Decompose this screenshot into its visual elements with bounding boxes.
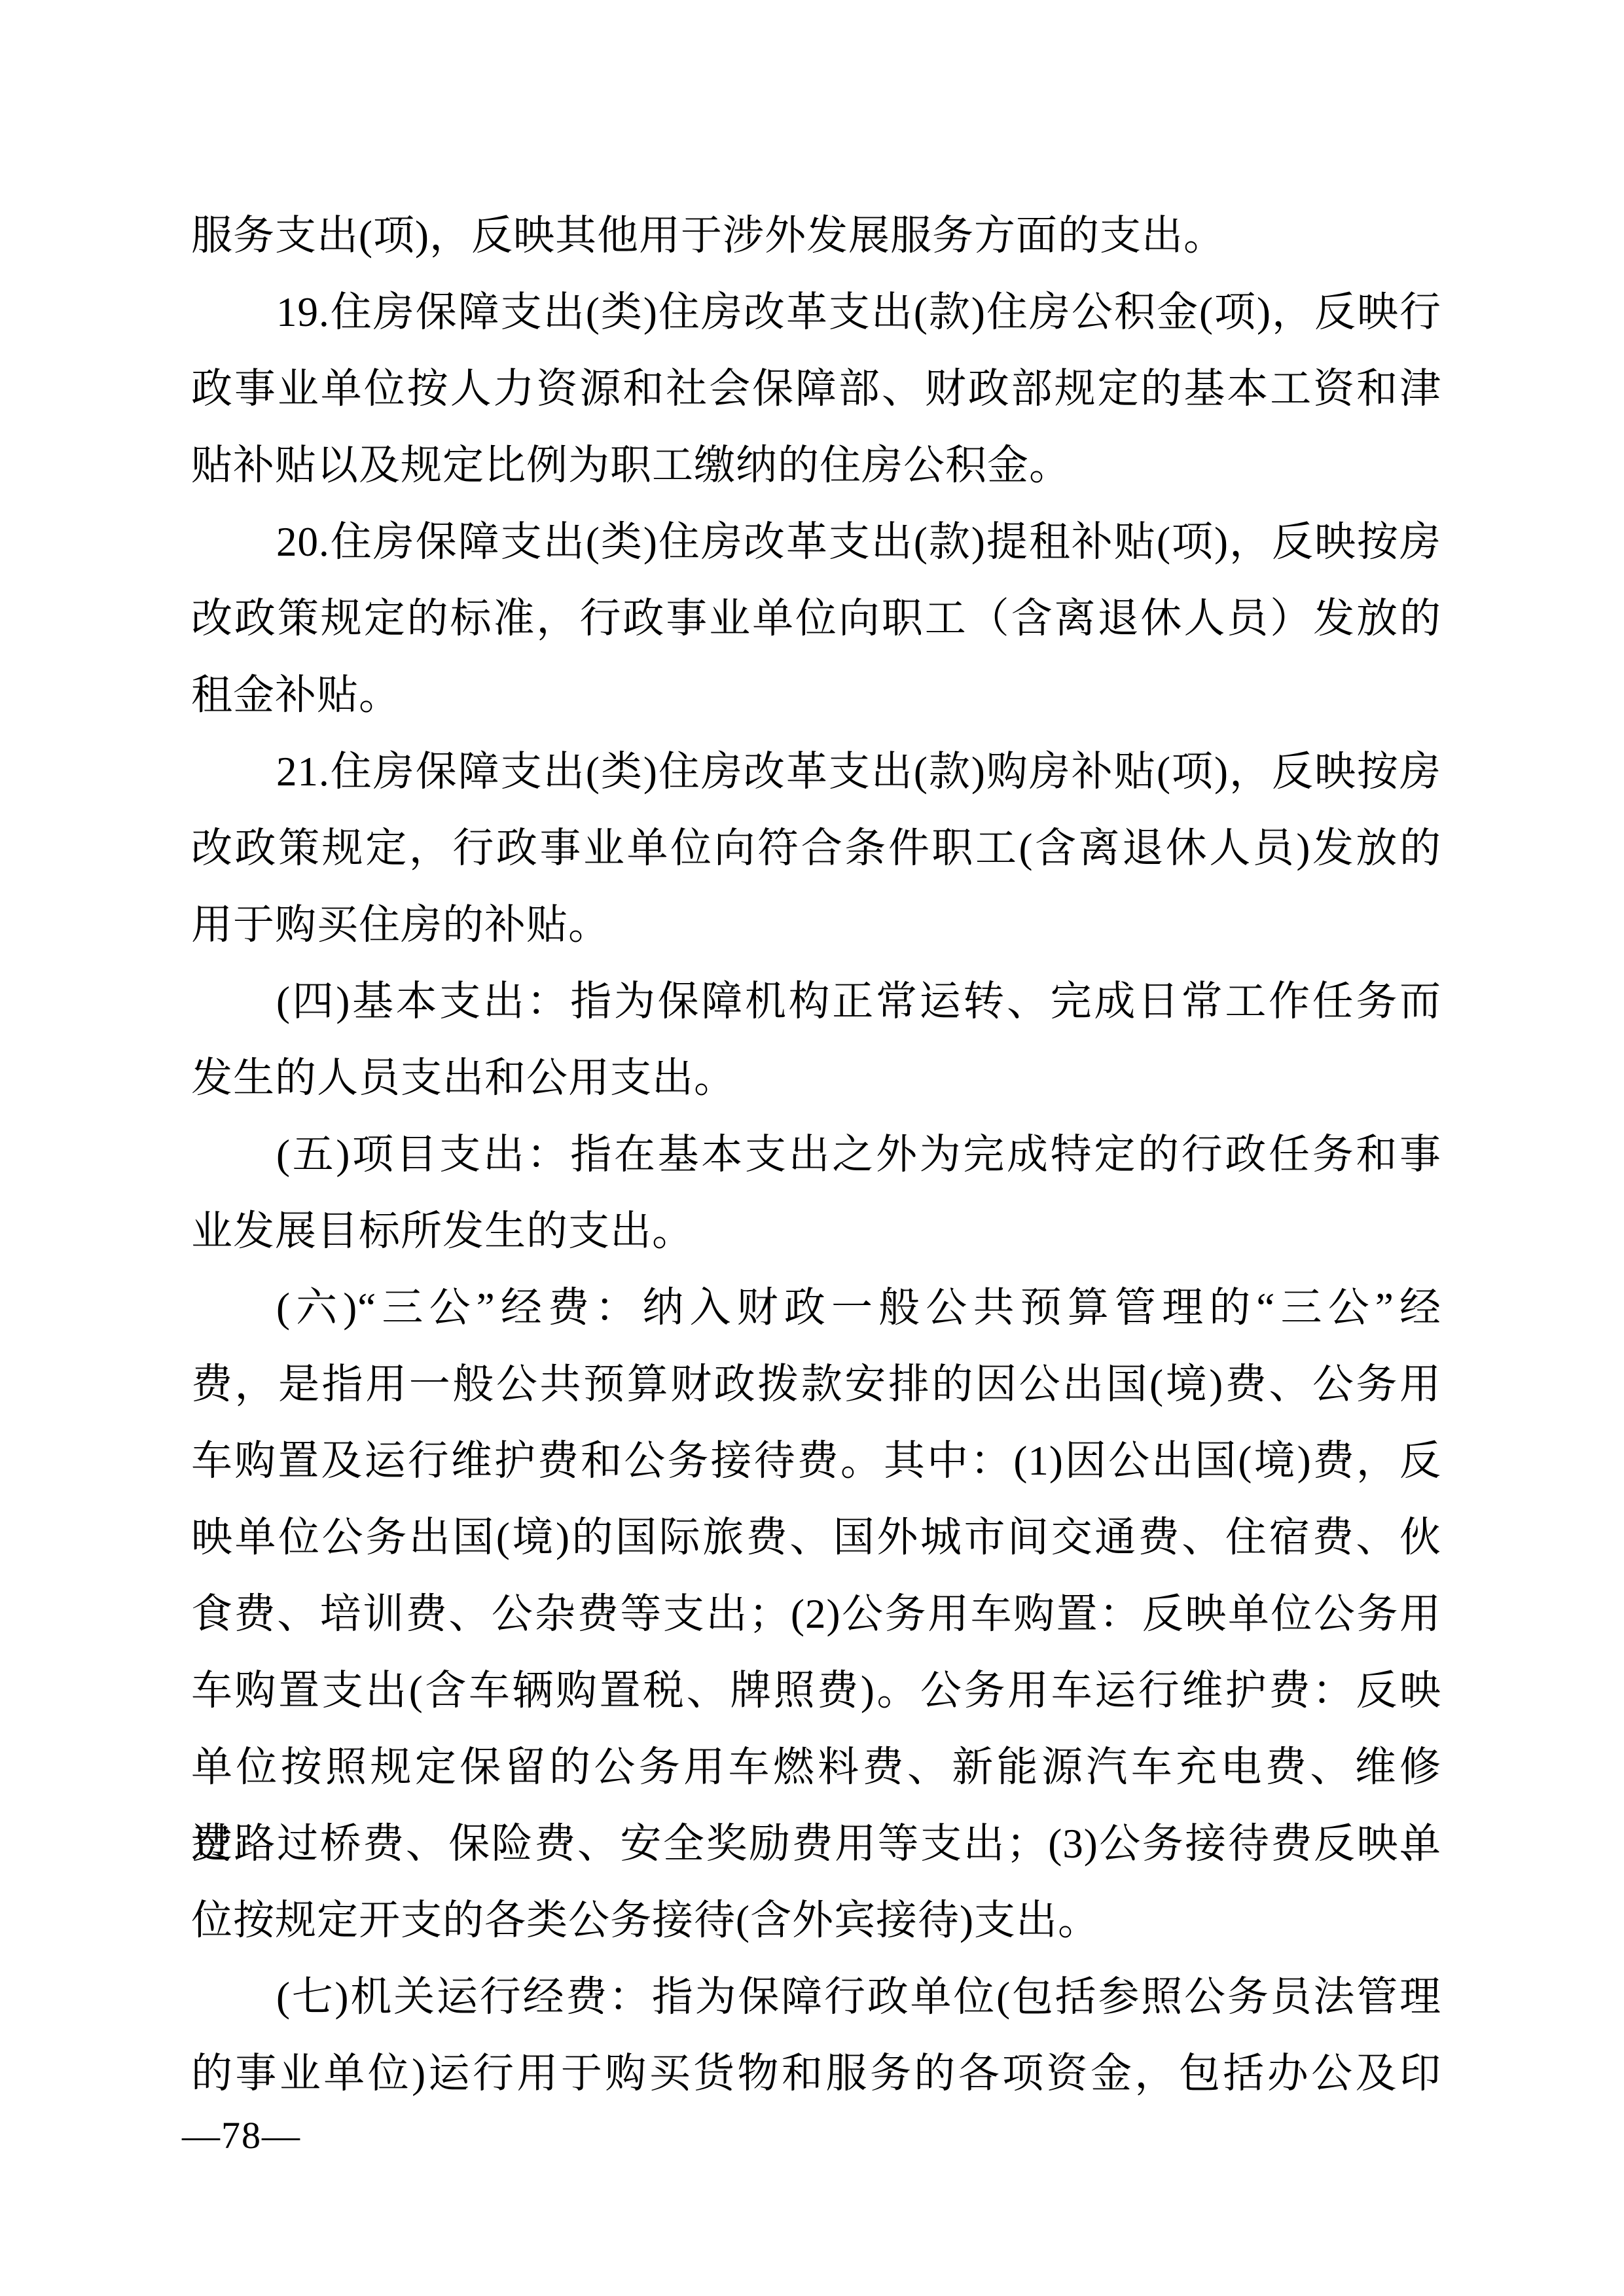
text-line: 车购置及运行维护费和公务接待费。其中：(1)因公出国(境)费，反 — [191, 1423, 1441, 1499]
text-line: 贴补贴以及规定比例为职工缴纳的住房公积金。 — [191, 427, 1441, 504]
text-line: 业发展目标所发生的支出。 — [191, 1193, 1441, 1270]
text-line: 单位按照规定保留的公务用车燃料费、新能源汽车充电费、维修费、 — [191, 1729, 1441, 1806]
text-line: 租金补贴。 — [191, 657, 1441, 734]
text-line: 服务支出(项)，反映其他用于涉外发展服务方面的支出。 — [191, 198, 1441, 274]
text-line: (六)“三公”经费：纳入财政一般公共预算管理的“三公”经 — [191, 1270, 1441, 1346]
page-number: —78— — [182, 2106, 301, 2165]
text-line: 车购置支出(含车辆购置税、牌照费)。公务用车运行维护费：反映 — [191, 1653, 1441, 1729]
text-line: (四)基本支出：指为保障机构正常运转、完成日常工作任务而 — [191, 963, 1441, 1040]
text-line: 改政策规定的标准，行政事业单位向职工（含离退休人员）发放的 — [191, 581, 1441, 657]
text-line: 19.住房保障支出(类)住房改革支出(款)住房公积金(项)，反映行 — [191, 274, 1441, 351]
text-line: 发生的人员支出和公用支出。 — [191, 1040, 1441, 1117]
text-line: (五)项目支出：指在基本支出之外为完成特定的行政任务和事 — [191, 1117, 1441, 1193]
text-line: 费，是指用一般公共预算财政拨款安排的因公出国(境)费、公务用 — [191, 1346, 1441, 1423]
text-line: 的事业单位)运行用于购买货物和服务的各项资金，包括办公及印 — [191, 2036, 1441, 2112]
document-page: 服务支出(项)，反映其他用于涉外发展服务方面的支出。 19.住房保障支出(类)住… — [0, 0, 1624, 2296]
text-line: 过路过桥费、保险费、安全奖励费用等支出；(3)公务接待费反映单 — [191, 1806, 1441, 1882]
text-line: 21.住房保障支出(类)住房改革支出(款)购房补贴(项)，反映按房 — [191, 734, 1441, 810]
text-line: 食费、培训费、公杂费等支出；(2)公务用车购置：反映单位公务用 — [191, 1576, 1441, 1653]
text-line: 映单位公务出国(境)的国际旅费、国外城市间交通费、住宿费、伙 — [191, 1499, 1441, 1576]
text-line: 位按规定开支的各类公务接待(含外宾接待)支出。 — [191, 1882, 1441, 1959]
text-line: 改政策规定，行政事业单位向符合条件职工(含离退休人员)发放的 — [191, 810, 1441, 887]
text-line: (七)机关运行经费：指为保障行政单位(包括参照公务员法管理 — [191, 1959, 1441, 2036]
text-line: 用于购买住房的补贴。 — [191, 887, 1441, 963]
body-text: 服务支出(项)，反映其他用于涉外发展服务方面的支出。 19.住房保障支出(类)住… — [191, 198, 1441, 2112]
text-line: 政事业单位按人力资源和社会保障部、财政部规定的基本工资和津 — [191, 351, 1441, 427]
text-line: 20.住房保障支出(类)住房改革支出(款)提租补贴(项)，反映按房 — [191, 504, 1441, 581]
